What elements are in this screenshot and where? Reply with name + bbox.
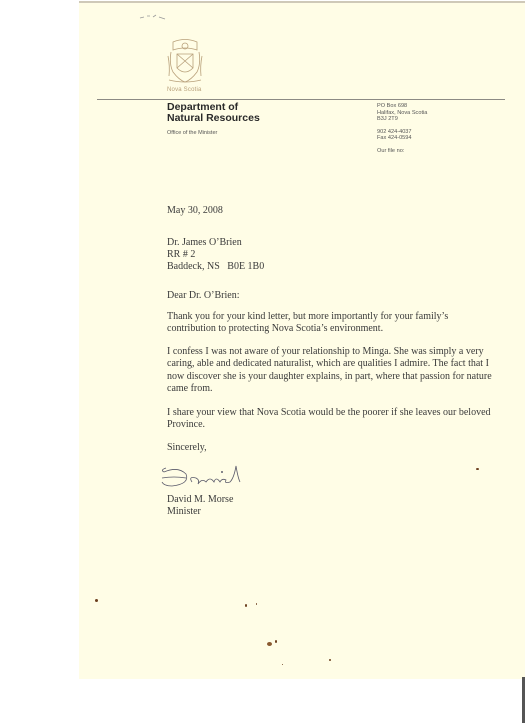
postal-code: B3J 2T9 — [377, 116, 427, 123]
paragraph: Thank you for your kind letter, but more… — [167, 311, 497, 336]
paper-speck — [267, 642, 272, 646]
po-box: PO Box 698 — [377, 103, 427, 110]
paper-speck — [95, 599, 98, 602]
paragraph: I confess I was not aware of your relati… — [167, 346, 497, 396]
paper-speck — [256, 603, 257, 605]
salutation: Dear Dr. O’Brien: — [167, 290, 239, 301]
letterhead-rule — [97, 99, 505, 100]
paper-speck — [275, 640, 277, 643]
page-edge-shadow — [522, 677, 525, 723]
pen-mark — [138, 12, 168, 22]
paper-speck — [245, 604, 247, 607]
office-label: Office of the Minister — [167, 130, 217, 136]
department-name: Department of Natural Resources — [167, 102, 260, 124]
signer-block: David M. Morse Minister — [167, 494, 233, 518]
recipient-name: Dr. James O’Brien — [167, 237, 264, 249]
file-no: Our file no: — [377, 148, 427, 155]
letter-page — [79, 1, 525, 679]
address-block: PO Box 698 Halifax, Nova Scotia B3J 2T9 … — [377, 103, 427, 155]
letter-date: May 30, 2008 — [167, 205, 223, 216]
crest-label: Nova Scotia — [167, 87, 202, 93]
signer-name: David M. Morse — [167, 494, 233, 506]
paper-speck — [282, 664, 283, 665]
paragraph: I share your view that Nova Scotia would… — [167, 407, 497, 432]
fax: Fax 424-0594 — [377, 135, 427, 142]
signature — [158, 462, 263, 492]
paper-speck — [329, 659, 331, 661]
recipient-line-2: RR # 2 — [167, 249, 264, 261]
signer-title: Minister — [167, 506, 233, 518]
paper-speck — [476, 468, 479, 470]
nova-scotia-crest-icon — [167, 38, 203, 84]
recipient-line-3: Baddeck, NS B0E 1B0 — [167, 261, 264, 273]
recipient-address: Dr. James O’Brien RR # 2 Baddeck, NS B0E… — [167, 237, 264, 274]
phone: 902 424-4037 — [377, 129, 427, 136]
department-line-2: Natural Resources — [167, 113, 260, 124]
city: Halifax, Nova Scotia — [377, 110, 427, 117]
closing: Sincerely, — [167, 442, 207, 453]
